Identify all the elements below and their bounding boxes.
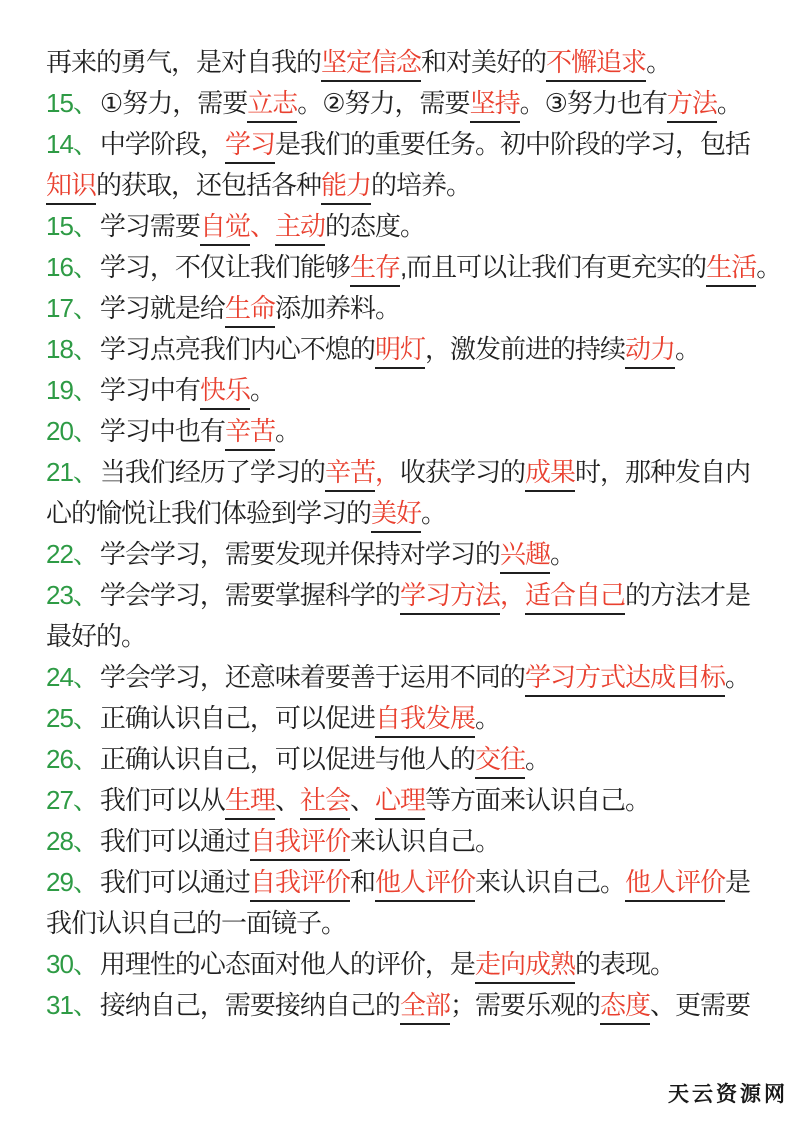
keyword-highlight: 自我评价 xyxy=(250,826,350,861)
item-number: 24、 xyxy=(46,662,98,692)
keyword-highlight: 辛苦 xyxy=(325,457,375,492)
body-text: 学会学习，需要发现并保持对学习的 xyxy=(100,539,500,569)
body-text: 和 xyxy=(350,867,375,897)
keyword-highlight: 坚持 xyxy=(470,88,520,123)
body-text: 正确认识自己，可以促进 xyxy=(100,703,375,733)
body-text: 是 xyxy=(725,867,750,897)
body-text: 学会学习，需要掌握科学的 xyxy=(100,580,400,610)
keyword-highlight: 自我评价 xyxy=(250,867,350,902)
note-line-18: 18、学习点亮我们内心不熄的明灯，激发前进的持续动力。 xyxy=(46,329,783,370)
keyword-highlight: 主动 xyxy=(275,211,325,246)
red-punctuation: 、 xyxy=(250,211,275,241)
keyword-highlight: 生命 xyxy=(225,293,275,328)
note-line-29: 29、我们可以通过自我评价和他人评价来认识自己。他人评价是 xyxy=(46,862,783,903)
body-text: 时，那种发自内 xyxy=(575,457,750,487)
item-number: 17、 xyxy=(46,293,98,323)
note-line-24: 24、学会学习，还意味着要善于运用不同的学习方式达成目标。 xyxy=(46,657,783,698)
body-text: 当我们经历了学习的 xyxy=(100,457,325,487)
note-line-19: 19、学习中有快乐。 xyxy=(46,370,783,411)
keyword-highlight: 生活 xyxy=(706,252,756,287)
item-number: 30、 xyxy=(46,949,98,979)
item-number: 25、 xyxy=(46,703,98,733)
note-line-15: 15、①努力，需要立志。②努力，需要坚持。③努力也有方法。 xyxy=(46,83,783,124)
keyword-highlight: 辛苦 xyxy=(225,416,275,451)
body-text: 接纳自己，需要接纳自己的 xyxy=(100,990,400,1020)
body-text: 学习，不仅让我们能够 xyxy=(100,252,350,282)
note-line-26: 26、正确认识自己，可以促进与他人的交往。 xyxy=(46,739,783,780)
keyword-highlight: 态度 xyxy=(600,990,650,1025)
note-line-continuation: 心的愉悦让我们体验到学习的美好。 xyxy=(46,493,783,534)
watermark: 天云资源网 xyxy=(668,1078,788,1108)
body-text: 、 xyxy=(275,785,300,815)
note-line-25: 25、正确认识自己，可以促进自我发展。 xyxy=(46,698,783,739)
keyword-highlight: 能力 xyxy=(321,170,371,205)
keyword-highlight: 快乐 xyxy=(200,375,250,410)
body-text: 等方面来认识自己。 xyxy=(425,785,650,815)
keyword-highlight: 全部 xyxy=(400,990,450,1025)
body-text: 的培养。 xyxy=(371,170,471,200)
body-text: 。②努力，需要 xyxy=(297,88,469,118)
keyword-highlight: 美好 xyxy=(371,498,421,533)
item-number: 21、 xyxy=(46,457,98,487)
keyword-highlight: 自觉 xyxy=(200,211,250,246)
keyword-highlight: 自我发展 xyxy=(375,703,475,738)
body-text: 中学阶段， xyxy=(100,129,225,159)
keyword-highlight: 明灯 xyxy=(375,334,425,369)
body-text: 我们可以从 xyxy=(100,785,225,815)
body-text: 。 xyxy=(475,703,500,733)
keyword-highlight: 适合自己 xyxy=(525,580,625,615)
keyword-highlight: 成果 xyxy=(525,457,575,492)
item-number: 15、 xyxy=(46,88,98,118)
body-text: ；需要乐观的 xyxy=(450,990,600,1020)
body-text: 我们可以通过 xyxy=(100,867,250,897)
keyword-highlight: 他人评价 xyxy=(375,867,475,902)
body-text: 是我们的重要任务。初中阶段的学习，包括 xyxy=(275,129,750,159)
item-number: 26、 xyxy=(46,744,98,774)
note-line-continuation: 最好的。 xyxy=(46,616,783,657)
keyword-highlight: 心理 xyxy=(375,785,425,820)
body-text: 学会学习，还意味着要善于运用不同的 xyxy=(100,662,525,692)
keyword-highlight: 交往 xyxy=(475,744,525,779)
item-number: 28、 xyxy=(46,826,98,856)
body-text: 我们可以通过 xyxy=(100,826,250,856)
note-line-continuation: 知识的获取，还包括各种能力的培养。 xyxy=(46,165,783,206)
body-text: 最好的。 xyxy=(46,621,146,651)
keyword-highlight: 动力 xyxy=(625,334,675,369)
body-text: 我们认识自己的一面镜子。 xyxy=(46,908,346,938)
keyword-highlight: 方法 xyxy=(667,88,717,123)
body-text: 。 xyxy=(421,498,446,528)
body-text: 学习中有 xyxy=(100,375,200,405)
body-text: 再来的勇气，是对自我的 xyxy=(46,47,321,77)
note-line-continuation: 再来的勇气，是对自我的坚定信念和对美好的不懈追求。 xyxy=(46,42,783,83)
body-text: 学习中也有 xyxy=(100,416,225,446)
body-text: ，激发前进的持续 xyxy=(425,334,625,364)
note-line-14: 14、中学阶段，学习是我们的重要任务。初中阶段的学习，包括 xyxy=(46,124,783,165)
body-text: 。 xyxy=(525,744,550,774)
item-number: 29、 xyxy=(46,867,98,897)
body-text: 。 xyxy=(717,88,742,118)
body-text: ,而且可以让我们有更充实的 xyxy=(400,252,706,282)
keyword-highlight: 坚定信念 xyxy=(321,47,421,82)
note-line-20: 20、学习中也有辛苦。 xyxy=(46,411,783,452)
item-number: 19、 xyxy=(46,375,98,405)
item-number: 16、 xyxy=(46,252,98,282)
body-text: 学习点亮我们内心不熄的 xyxy=(100,334,375,364)
note-line-23: 23、学会学习，需要掌握科学的学习方法，适合自己的方法才是 xyxy=(46,575,783,616)
body-text: 。 xyxy=(725,662,750,692)
body-text: 、 xyxy=(350,785,375,815)
keyword-highlight: 走向成熟 xyxy=(475,949,575,984)
body-text: 。 xyxy=(756,252,781,282)
note-line-22: 22、学会学习，需要发现并保持对学习的兴趣。 xyxy=(46,534,783,575)
keyword-highlight: 学习 xyxy=(225,129,275,164)
body-text: 的方法才是 xyxy=(625,580,750,610)
body-text: 。 xyxy=(675,334,700,364)
body-text: 正确认识自己，可以促进与他人的 xyxy=(100,744,475,774)
keyword-highlight: 知识 xyxy=(46,170,96,205)
body-text: 心的愉悦让我们体验到学习的 xyxy=(46,498,371,528)
note-line-15: 15、学习需要自觉、主动的态度。 xyxy=(46,206,783,247)
body-text: 的表现。 xyxy=(575,949,675,979)
body-text: 和对美好的 xyxy=(421,47,546,77)
body-text: 收获学习的 xyxy=(400,457,525,487)
note-line-28: 28、我们可以通过自我评价来认识自己。 xyxy=(46,821,783,862)
keyword-highlight: 生存 xyxy=(350,252,400,287)
item-number: 22、 xyxy=(46,539,98,569)
note-line-17: 17、学习就是给生命添加养料。 xyxy=(46,288,783,329)
keyword-highlight: 立志 xyxy=(247,88,297,123)
body-text: 学习就是给 xyxy=(100,293,225,323)
body-text: 的获取，还包括各种 xyxy=(96,170,321,200)
item-number: 18、 xyxy=(46,334,98,364)
keyword-highlight: 兴趣 xyxy=(500,539,550,574)
body-text: 、更需要 xyxy=(650,990,750,1020)
note-line-21: 21、当我们经历了学习的辛苦，收获学习的成果时，那种发自内 xyxy=(46,452,783,493)
keyword-highlight: 不懈追求 xyxy=(546,47,646,82)
body-text: 添加养料。 xyxy=(275,293,400,323)
document-page: 再来的勇气，是对自我的坚定信念和对美好的不懈追求。15、①努力，需要立志。②努力… xyxy=(0,0,793,1122)
keyword-highlight: 他人评价 xyxy=(625,867,725,902)
note-line-continuation: 我们认识自己的一面镜子。 xyxy=(46,903,783,944)
note-line-30: 30、用理性的心态面对他人的评价，是走向成熟的表现。 xyxy=(46,944,783,985)
note-line-16: 16、学习，不仅让我们能够生存,而且可以让我们有更充实的生活。 xyxy=(46,247,783,288)
body-text: 。 xyxy=(550,539,575,569)
body-text: ①努力，需要 xyxy=(100,88,247,118)
body-text: 。 xyxy=(646,47,671,77)
note-line-31: 31、接纳自己，需要接纳自己的全部；需要乐观的态度、更需要 xyxy=(46,985,783,1026)
body-text: 来认识自己。 xyxy=(475,867,625,897)
body-text: 。 xyxy=(275,416,300,446)
item-number: 23、 xyxy=(46,580,98,610)
notes-list: 再来的勇气，是对自我的坚定信念和对美好的不懈追求。15、①努力，需要立志。②努力… xyxy=(46,42,783,1026)
body-text: 。 xyxy=(250,375,275,405)
note-line-27: 27、我们可以从生理、社会、心理等方面来认识自己。 xyxy=(46,780,783,821)
keyword-highlight: 生理 xyxy=(225,785,275,820)
item-number: 27、 xyxy=(46,785,98,815)
item-number: 20、 xyxy=(46,416,98,446)
item-number: 15、 xyxy=(46,211,98,241)
body-text: 的态度。 xyxy=(325,211,425,241)
keyword-highlight: 学习方法 xyxy=(400,580,500,615)
body-text: 用理性的心态面对他人的评价，是 xyxy=(100,949,475,979)
body-text: 来认识自己。 xyxy=(350,826,500,856)
item-number: 14、 xyxy=(46,129,98,159)
keyword-highlight: 学习方式达成目标 xyxy=(525,662,725,697)
keyword-highlight: 社会 xyxy=(300,785,350,820)
item-number: 31、 xyxy=(46,990,98,1020)
body-text: 。③努力也有 xyxy=(520,88,667,118)
body-text: 学习需要 xyxy=(100,211,200,241)
red-punctuation: ， xyxy=(375,457,400,487)
red-punctuation: ， xyxy=(500,580,525,610)
